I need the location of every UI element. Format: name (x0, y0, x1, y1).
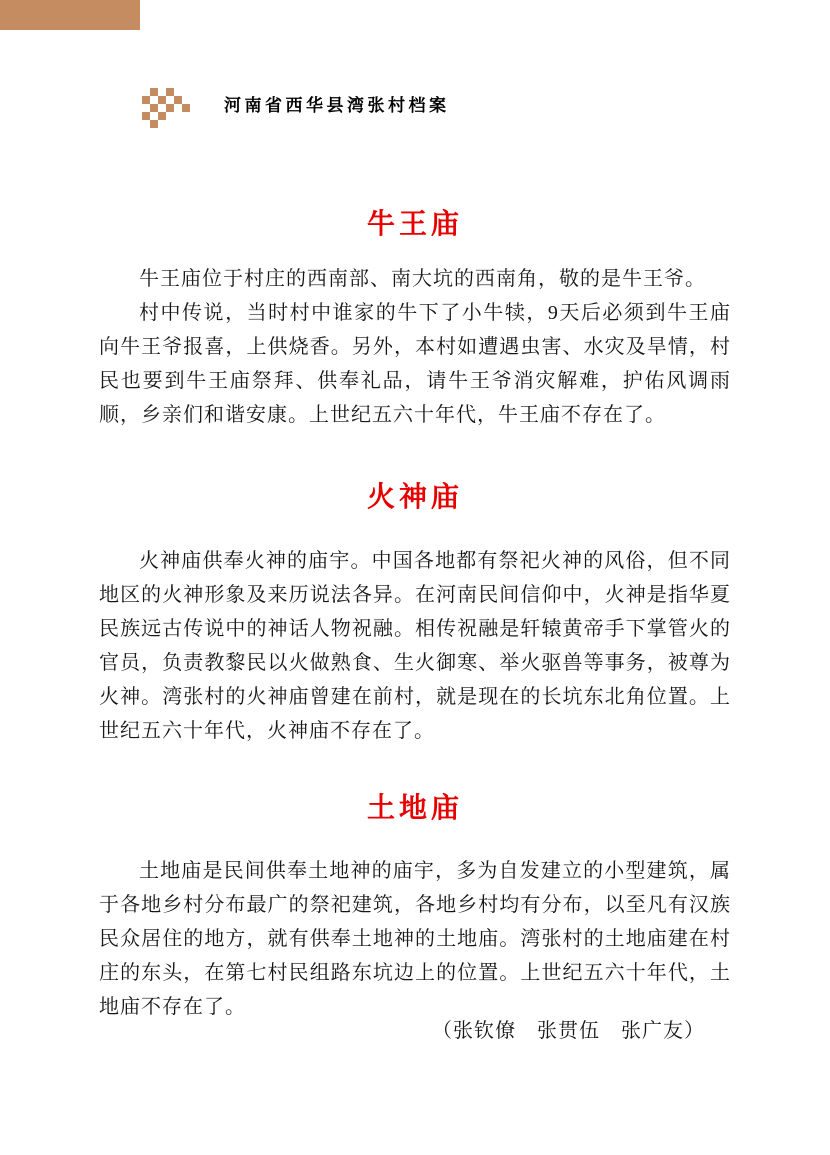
section-heading-huoshenmiao: 火神庙 (99, 475, 731, 515)
checker-square (166, 88, 174, 96)
paragraph: 土地庙是民间供奉土地神的庙宇，多为自发建立的小型建筑，属于各地乡村分布最广的祭祀… (99, 854, 731, 1024)
paragraph: 村中传说，当时村中谁家的牛下了小牛犊，9天后必须到牛王庙向牛王爷报喜，上供烧香。… (99, 296, 731, 432)
authors-signature: （张钦僚 张贯伍 张广友） (99, 1014, 731, 1043)
running-header-title: 河南省西华县湾张村档案 (224, 88, 450, 118)
section-body-huoshenmiao: 火神庙供奉火神的庙宇。中国各地都有祭祀火神的风俗，但不同地区的火神形象及来历说法… (99, 544, 731, 748)
checker-square (174, 96, 182, 104)
paragraph: 火神庙供奉火神的庙宇。中国各地都有祭祀火神的风俗，但不同地区的火神形象及来历说法… (99, 544, 731, 748)
checker-square (150, 88, 158, 96)
checker-square (150, 120, 158, 128)
section-heading-niuwangmiao: 牛王庙 (99, 202, 731, 242)
section-heading-tudimiao: 土地庙 (99, 786, 731, 826)
checker-square (142, 96, 150, 104)
section-body-niuwangmiao: 牛王庙位于村庄的西南部、南大坑的西南角，敬的是牛王爷。 村中传说，当时村中谁家的… (99, 262, 731, 432)
section-body-tudimiao: 土地庙是民间供奉土地神的庙宇，多为自发建立的小型建筑，属于各地乡村分布最广的祭祀… (99, 854, 731, 1024)
checker-square (158, 112, 166, 120)
paragraph: 牛王庙位于村庄的西南部、南大坑的西南角，敬的是牛王爷。 (99, 262, 731, 296)
checker-square (182, 104, 190, 112)
checker-square (142, 112, 150, 120)
checker-square (158, 96, 166, 104)
document-page: 河南省西华县湾张村档案 牛王庙 牛王庙位于村庄的西南部、南大坑的西南角，敬的是牛… (0, 0, 830, 1155)
checker-square (166, 104, 174, 112)
checker-square (150, 104, 158, 112)
header-decorative-bar (0, 0, 140, 30)
